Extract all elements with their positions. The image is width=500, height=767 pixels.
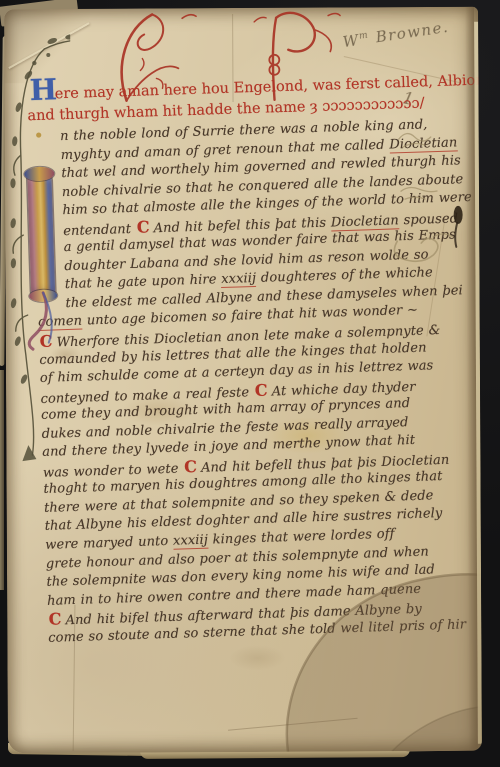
- ink-blot-icon: [447, 203, 467, 249]
- line-text: that he gate upon hire: [65, 272, 222, 292]
- paraph-icon: C: [255, 380, 268, 399]
- line-text: were maryed unto: [45, 534, 173, 553]
- initial-knot: [24, 166, 54, 181]
- line-text: entendant: [63, 222, 136, 239]
- manuscript-photo: Wm Browne. 1 Here may aman here hou Enge…: [0, 0, 500, 767]
- rubric-initial-h: H: [29, 79, 57, 101]
- manuscript-page: Wm Browne. 1 Here may aman here hou Enge…: [4, 7, 482, 753]
- initial-tail-flourish-icon: [23, 290, 75, 352]
- paraph-icon: C: [136, 217, 149, 236]
- owner-inscription: Wm Browne.: [342, 13, 482, 51]
- paraph-icon: C: [184, 457, 197, 476]
- red-underlined-word: xxxiij: [173, 533, 208, 550]
- marginal-scribble-icon: [393, 125, 470, 275]
- spine-page-edge: [0, 370, 4, 590]
- corner-repair-patch: [251, 569, 482, 752]
- red-underlined-word: xxxiij: [221, 271, 256, 288]
- paraph-icon: C: [48, 610, 61, 629]
- illuminated-initial-i: [27, 172, 55, 297]
